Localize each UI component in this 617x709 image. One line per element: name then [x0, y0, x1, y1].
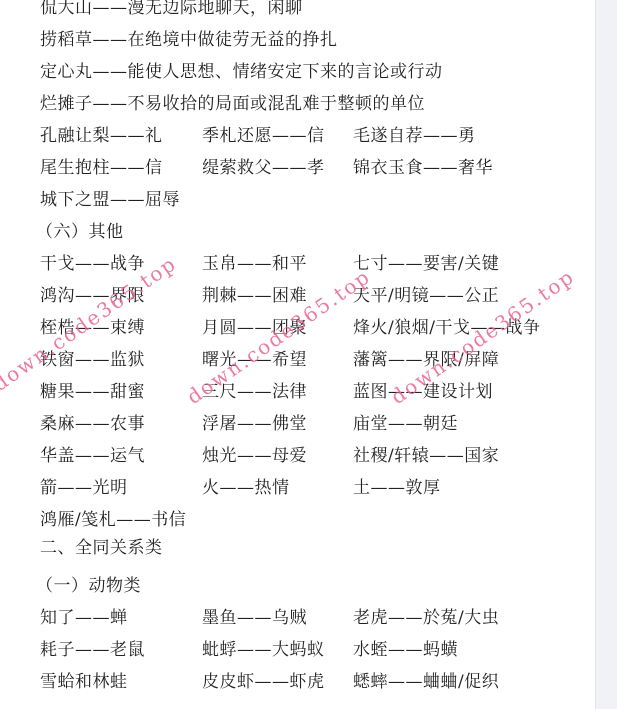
term-row: 孔融让梨——礼 季札还愿——信 毛遂自荐——勇: [40, 125, 580, 147]
definition-line: 定心丸——能使人思想、情绪安定下来的言论或行动: [40, 61, 443, 83]
term-cell: 华盖——运气: [40, 445, 145, 467]
term-cell: 烛光——母爱: [202, 445, 307, 467]
side-panel: [595, 0, 617, 709]
section-heading: （一）动物类: [36, 575, 141, 597]
term-cell: 蓝图——建设计划: [353, 381, 493, 403]
term-cell: 毛遂自荐——勇: [353, 125, 476, 147]
term-cell: 箭——光明: [40, 477, 128, 499]
term-row: 知了——蝉 墨鱼——乌贼 老虎——於菟/大虫: [40, 607, 580, 629]
term-cell: 锦衣玉食——奢华: [353, 157, 493, 179]
term-cell: 孔融让梨——礼: [40, 125, 163, 147]
term-row: 箭——光明 火——热情 土——敦厚: [40, 477, 580, 499]
term-cell: 玉帛——和平: [202, 253, 307, 275]
term-cell: 鸿沟——界限: [40, 285, 145, 307]
term-row: 鸿雁/笺札——书信: [40, 509, 580, 531]
term-row: 华盖——运气 烛光——母爱 社稷/轩辕——国家: [40, 445, 580, 467]
term-cell: 浮屠——佛堂: [202, 413, 307, 435]
term-cell: 尾生抱柱——信: [40, 157, 163, 179]
term-cell: 社稷/轩辕——国家: [353, 445, 499, 467]
term-cell: 知了——蝉: [40, 607, 128, 629]
term-row: 城下之盟——屈辱: [40, 189, 580, 211]
definition-line: 烂摊子——不易收拾的局面或混乱难于整顿的单位: [40, 93, 425, 115]
term-cell: 桎梏——束缚: [40, 317, 145, 339]
term-cell: 老虎——於菟/大虫: [353, 607, 499, 629]
term-cell: 雪蛤和林蛙: [40, 671, 128, 693]
term-cell: 铁窗——监狱: [40, 349, 145, 371]
chapter-heading: 二、全同关系类: [40, 537, 163, 559]
term-cell: 荆棘——困难: [202, 285, 307, 307]
term-cell: 蚍蜉——大蚂蚁: [202, 639, 325, 661]
term-cell: 糖果——甜蜜: [40, 381, 145, 403]
definition-line: 侃大山——漫无边际地聊天，闲聊: [40, 0, 303, 19]
term-row: 雪蛤和林蛙 皮皮虾——虾虎 蟋蟀——蛐蛐/促织: [40, 671, 580, 693]
term-row: 干戈——战争 玉帛——和平 七寸——要害/关键: [40, 253, 580, 275]
term-cell: 季札还愿——信: [202, 125, 325, 147]
term-cell: 火——热情: [202, 477, 290, 499]
definition-line: 捞稻草——在绝境中做徒劳无益的挣扎: [40, 29, 338, 51]
term-cell: 烽火/狼烟/干戈——战争: [353, 317, 540, 339]
section-heading: （六）其他: [36, 221, 124, 243]
term-row: 尾生抱柱——信 缇萦救父——孝 锦衣玉食——奢华: [40, 157, 580, 179]
term-row: 桎梏——束缚 月圆——团聚 烽火/狼烟/干戈——战争: [40, 317, 580, 339]
term-cell: 城下之盟——屈辱: [40, 189, 180, 211]
term-cell: 耗子——老鼠: [40, 639, 145, 661]
term-cell: 水蛭——蚂蟥: [353, 639, 458, 661]
term-cell: 七寸——要害/关键: [353, 253, 499, 275]
term-cell: 缇萦救父——孝: [202, 157, 325, 179]
term-cell: 皮皮虾——虾虎: [202, 671, 325, 693]
term-cell: 月圆——团聚: [202, 317, 307, 339]
term-row: 耗子——老鼠 蚍蜉——大蚂蚁 水蛭——蚂蟥: [40, 639, 580, 661]
term-row: 糖果——甜蜜 三尺——法律 蓝图——建设计划: [40, 381, 580, 403]
term-cell: 天平/明镜——公正: [353, 285, 499, 307]
term-cell: 曙光——希望: [202, 349, 307, 371]
term-cell: 墨鱼——乌贼: [202, 607, 307, 629]
term-cell: 蟋蟀——蛐蛐/促织: [353, 671, 499, 693]
term-cell: 桑麻——农事: [40, 413, 145, 435]
term-cell: 干戈——战争: [40, 253, 145, 275]
term-row: 鸿沟——界限 荆棘——困难 天平/明镜——公正: [40, 285, 580, 307]
term-cell: 鸿雁/笺札——书信: [40, 509, 186, 531]
term-cell: 三尺——法律: [202, 381, 307, 403]
term-cell: 藩篱——界限/屏障: [353, 349, 499, 371]
term-cell: 土——敦厚: [353, 477, 441, 499]
document-page: 侃大山——漫无边际地聊天，闲聊 捞稻草——在绝境中做徒劳无益的挣扎 定心丸——能…: [0, 0, 595, 709]
term-row: 铁窗——监狱 曙光——希望 藩篱——界限/屏障: [40, 349, 580, 371]
term-cell: 庙堂——朝廷: [353, 413, 458, 435]
term-row: 桑麻——农事 浮屠——佛堂 庙堂——朝廷: [40, 413, 580, 435]
